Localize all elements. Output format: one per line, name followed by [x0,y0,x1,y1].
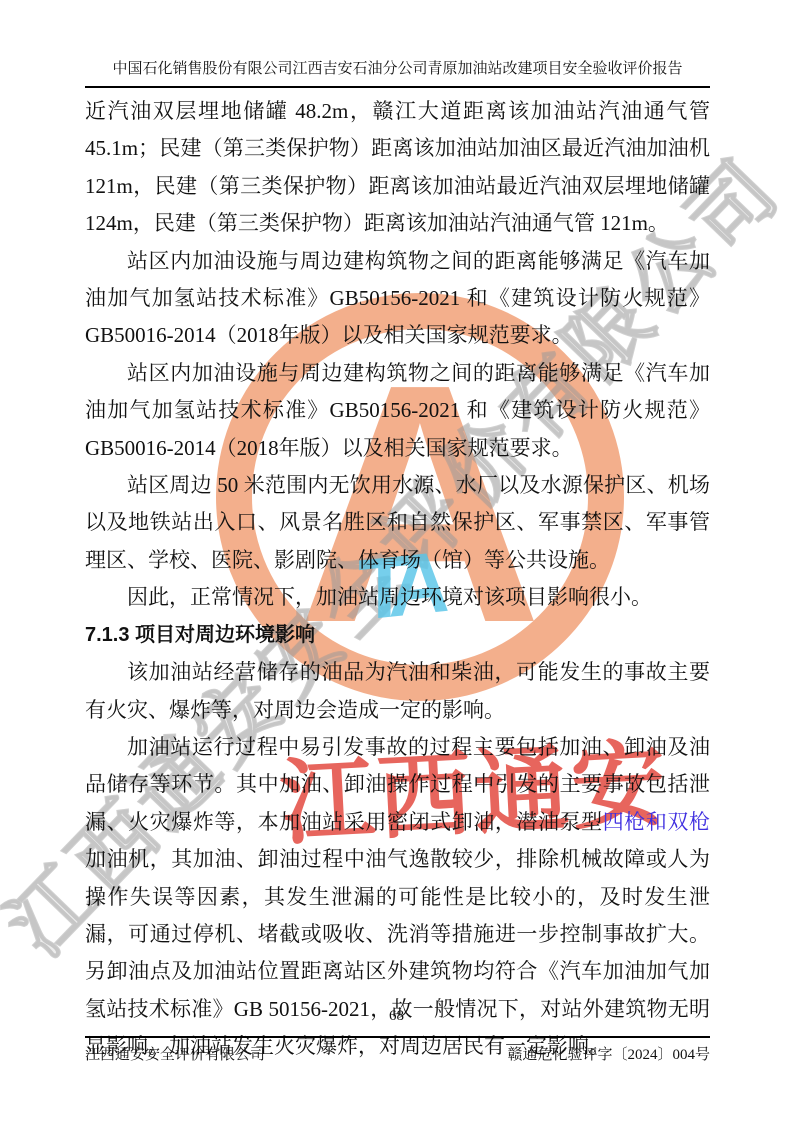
paragraph: 该加油站经营储存的油品为汽油和柴油，可能发生的事故主要有火灾、爆炸等，对周边会造… [85,654,710,729]
text-segment: 站区内加油设施与周边建构筑物之间的距离能够满足《汽车加油加气加氢站技术标准》GB… [85,361,710,460]
footer-company-name: 江西通安安全评价有限公司 [85,1043,265,1064]
text-segment: 近汽油双层埋地储罐 48.2m，赣江大道距离该加油站汽油通气管 45.1m；民建… [85,99,710,235]
report-header-title: 中国石化销售股份有限公司江西吉安石油分公司青原加油站改建项目安全验收评价报告 [85,56,710,88]
highlighted-text: 四枪和双枪 [603,810,710,834]
text-segment: 加油机，其加油、卸油过程中油气逸散较少，排除机械故障或人为操作失误等因素，其发生… [85,847,710,1058]
page-content: 中国石化销售股份有限公司江西吉安石油分公司青原加油站改建项目安全验收评价报告 近… [85,56,710,1066]
footer-doc-number: 赣通危化验评字〔2024〕004号 [507,1043,710,1064]
paragraph: 站区周边 50 米范围内无饮用水源、水厂以及水源保护区、机场以及地铁站出入口、风… [85,467,710,579]
paragraph: 因此，正常情况下，加油站周边环境对该项目影响很小。 [85,579,710,616]
text-segment: 因此，正常情况下，加油站周边环境对该项目影响很小。 [127,585,652,609]
text-segment: 站区内加油设施与周边建构筑物之间的距离能够满足《汽车加油加气加氢站技术标准》GB… [85,249,710,348]
page-number: 68 [0,1008,793,1025]
document-page: A 江西通安安全评价有限公司 TA 江西通安 中国石化销售股份有限公司江西吉安石… [0,0,793,1122]
section-heading: 7.1.3 项目对周边环境影响 [85,617,710,654]
text-segment: 站区周边 50 米范围内无饮用水源、水厂以及水源保护区、机场以及地铁站出入口、风… [85,473,710,572]
paragraph: 近汽油双层埋地储罐 48.2m，赣江大道距离该加油站汽油通气管 45.1m；民建… [85,93,710,243]
paragraph: 站区内加油设施与周边建构筑物之间的距离能够满足《汽车加油加气加氢站技术标准》GB… [85,243,710,355]
body-text: 近汽油双层埋地储罐 48.2m，赣江大道距离该加油站汽油通气管 45.1m；民建… [85,93,710,1066]
paragraph: 站区内加油设施与周边建构筑物之间的距离能够满足《汽车加油加气加氢站技术标准》GB… [85,355,710,467]
text-segment: 该加油站经营储存的油品为汽油和柴油，可能发生的事故主要有火灾、爆炸等，对周边会造… [85,660,710,721]
page-footer: 江西通安安全评价有限公司 赣通危化验评字〔2024〕004号 [85,1036,710,1064]
